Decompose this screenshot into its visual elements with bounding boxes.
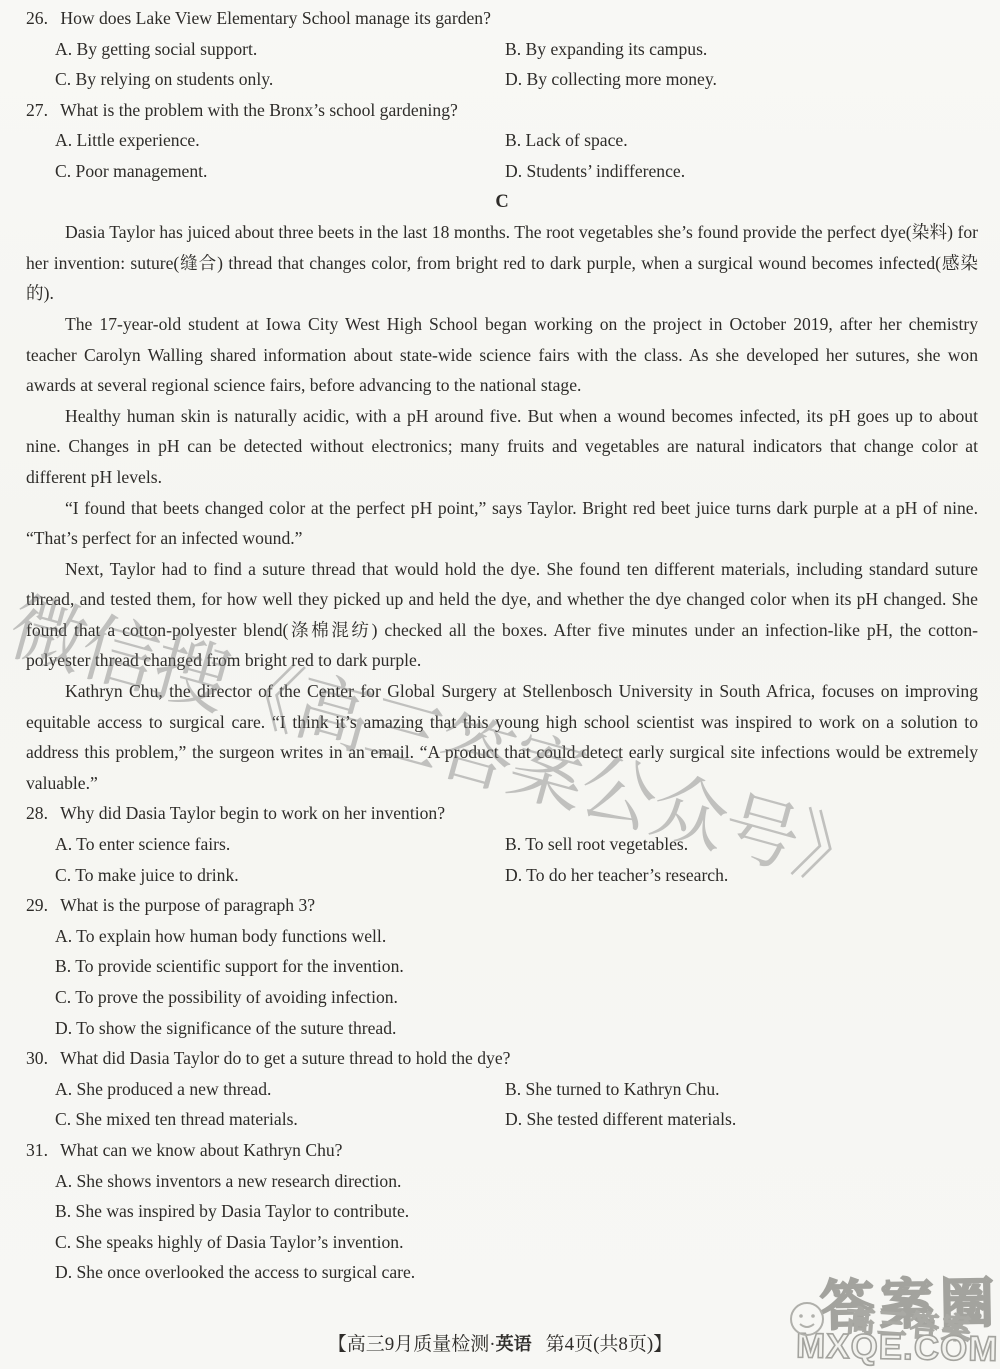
question-28-options-row-2: C. To make juice to drink. D. To do her … [26,860,978,891]
question-number: 31. [26,1135,56,1166]
option-26-a: A. By getting social support. [55,34,505,65]
question-26-options-row-1: A. By getting social support. B. By expa… [26,34,978,65]
question-number: 29. [26,890,56,921]
option-31-a: A. She shows inventors a new research di… [55,1166,401,1197]
option-26-b: B. By expanding its campus. [505,34,978,65]
option-28-a: A. To enter science fairs. [55,829,505,860]
option-31-c: C. She speaks highly of Dasia Taylor’s i… [55,1227,404,1258]
question-28: 28. Why did Dasia Taylor begin to work o… [26,798,978,890]
option-29-c: C. To prove the possibility of avoiding … [55,982,398,1013]
option-30-a: A. She produced a new thread. [55,1074,505,1105]
question-27-options-row-1: A. Little experience. B. Lack of space. [26,125,978,156]
question-31-option-c-row: C. She speaks highly of Dasia Taylor’s i… [26,1227,978,1258]
option-31-b: B. She was inspired by Dasia Taylor to c… [55,1196,409,1227]
question-28-text: 28. Why did Dasia Taylor begin to work o… [26,798,978,829]
option-28-d: D. To do her teacher’s research. [505,860,978,891]
question-31-text: 31. What can we know about Kathryn Chu? [26,1135,978,1166]
question-31-option-d-row: D. She once overlooked the access to sur… [26,1257,978,1288]
question-27: 27. What is the problem with the Bronx’s… [26,95,978,187]
question-27-text: 27. What is the problem with the Bronx’s… [26,95,978,126]
question-text: Why did Dasia Taylor begin to work on he… [60,803,445,823]
question-29-option-b-row: B. To provide scientific support for the… [26,951,978,982]
question-text: How does Lake View Elementary School man… [60,8,491,28]
option-28-b: B. To sell root vegetables. [505,829,978,860]
option-30-d: D. She tested different materials. [505,1104,978,1135]
question-number: 28. [26,798,56,829]
question-29: 29. What is the purpose of paragraph 3? … [26,890,978,1043]
question-30-options-row-1: A. She produced a new thread. B. She tur… [26,1074,978,1105]
page-footer: 【高三9月质量检测·英语第4页(共8页)】 [0,1329,1000,1356]
question-31: 31. What can we know about Kathryn Chu? … [26,1135,978,1288]
option-29-d: D. To show the significance of the sutur… [55,1013,396,1044]
question-29-option-d-row: D. To show the significance of the sutur… [26,1013,978,1044]
option-27-c: C. Poor management. [55,156,505,187]
question-text: What did Dasia Taylor do to get a suture… [60,1048,510,1068]
option-29-b: B. To provide scientific support for the… [55,951,404,982]
question-26: 26. How does Lake View Elementary School… [26,3,978,95]
passage-paragraph-4: “I found that beets changed color at the… [26,493,978,554]
footer-prefix: 【高三9月质量检测· [328,1334,496,1355]
question-number: 26. [26,3,56,34]
option-27-d: D. Students’ indifference. [505,156,978,187]
question-text: What is the problem with the Bronx’s sch… [60,100,458,120]
footer-subject: 英语 [496,1334,532,1354]
option-26-d: D. By collecting more money. [505,64,978,95]
question-28-options-row-1: A. To enter science fairs. B. To sell ro… [26,829,978,860]
question-26-options-row-2: C. By relying on students only. D. By co… [26,64,978,95]
question-text: What can we know about Kathryn Chu? [60,1140,342,1160]
question-number: 30. [26,1043,56,1074]
footer-page-info: 第4页(共8页)】 [546,1334,673,1355]
option-27-b: B. Lack of space. [505,125,978,156]
question-27-options-row-2: C. Poor management. D. Students’ indiffe… [26,156,978,187]
question-30: 30. What did Dasia Taylor do to get a su… [26,1043,978,1135]
page-content: 26. How does Lake View Elementary School… [26,3,978,1288]
question-31-option-a-row: A. She shows inventors a new research di… [26,1166,978,1197]
exam-page: 26. How does Lake View Elementary School… [0,0,1000,1369]
option-26-c: C. By relying on students only. [55,64,505,95]
passage-section-label: C [26,187,978,218]
question-29-option-a-row: A. To explain how human body functions w… [26,921,978,952]
option-30-b: B. She turned to Kathryn Chu. [505,1074,978,1105]
option-30-c: C. She mixed ten thread materials. [55,1104,505,1135]
question-number: 27. [26,95,56,126]
question-29-text: 29. What is the purpose of paragraph 3? [26,890,978,921]
passage-paragraph-5: Next, Taylor had to find a suture thread… [26,554,978,676]
passage-paragraph-6: Kathryn Chu, the director of the Center … [26,676,978,798]
option-29-a: A. To explain how human body functions w… [55,921,386,952]
option-31-d: D. She once overlooked the access to sur… [55,1257,415,1288]
question-26-text: 26. How does Lake View Elementary School… [26,3,978,34]
question-text: What is the purpose of paragraph 3? [60,895,315,915]
question-30-options-row-2: C. She mixed ten thread materials. D. Sh… [26,1104,978,1135]
option-28-c: C. To make juice to drink. [55,860,505,891]
passage-paragraph-1: Dasia Taylor has juiced about three beet… [26,217,978,309]
question-29-option-c-row: C. To prove the possibility of avoiding … [26,982,978,1013]
passage-paragraph-3: Healthy human skin is naturally acidic, … [26,401,978,493]
question-30-text: 30. What did Dasia Taylor do to get a su… [26,1043,978,1074]
question-31-option-b-row: B. She was inspired by Dasia Taylor to c… [26,1196,978,1227]
option-27-a: A. Little experience. [55,125,505,156]
passage-paragraph-2: The 17-year-old student at Iowa City Wes… [26,309,978,401]
